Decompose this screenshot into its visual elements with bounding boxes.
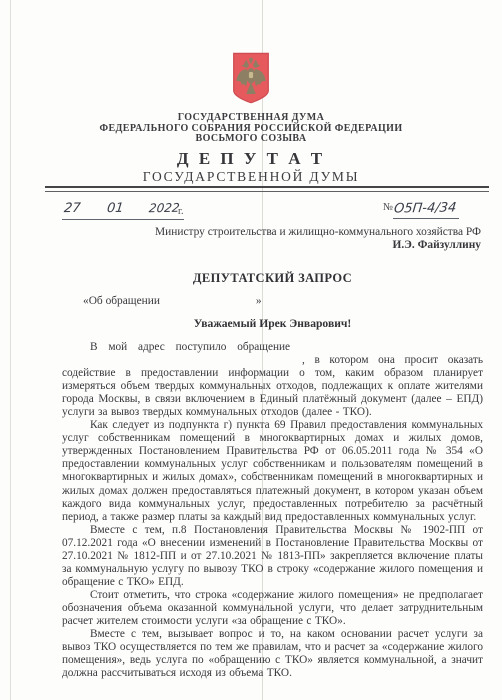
subject-close-quote: » bbox=[256, 295, 262, 307]
date-day-handwritten: 27 bbox=[63, 201, 81, 216]
salutation: Уважаемый Ирек Энварович! bbox=[62, 317, 483, 330]
paragraph-3: Вместе с тем, п.8 Постановления Правител… bbox=[62, 524, 483, 589]
paragraph-1-rest-text: , в котором она просит оказать содействи… bbox=[62, 354, 483, 418]
subject-open-quote-text: «Об обращении bbox=[83, 295, 160, 307]
paragraph-1-intro: В мой адрес поступило обращение bbox=[62, 341, 483, 354]
paragraph-2: Как следует из подпункта г) пункта 69 Пр… bbox=[62, 419, 483, 523]
letter-body: В мой адрес поступило обращение , в кото… bbox=[62, 341, 483, 680]
date-field: 27012022 bbox=[62, 199, 184, 220]
addressee-block: Министру строительства и жилищно-коммуна… bbox=[151, 226, 481, 252]
paragraph-1-continuation: , в котором она просит оказать содействи… bbox=[62, 354, 483, 419]
scanned-letter-page: ГОСУДАРСТВЕННАЯ ДУМА ФЕДЕРАЛЬНОГО СОБРАН… bbox=[0, 0, 502, 700]
header-double-rule bbox=[45, 186, 489, 192]
paragraph-1-intro-text: В мой адрес поступило обращение bbox=[90, 341, 290, 353]
date-year-label: г. bbox=[178, 206, 183, 217]
org-line-3: ВОСЬМОГО СОЗЫВА bbox=[0, 134, 502, 145]
document-title: ДЕПУТАТСКИЙ ЗАПРОС bbox=[62, 271, 483, 286]
date-month-handwritten: 01 bbox=[106, 201, 124, 216]
date-year-handwritten: 2022 bbox=[148, 201, 180, 216]
paragraph-5: Вместе с тем, вызывает вопрос и то, на к… bbox=[62, 628, 483, 680]
outgoing-number-field: №О5П-4/34 bbox=[383, 199, 459, 217]
role-subtitle: ГОСУДАРСТВЕННОЙ ДУМЫ bbox=[0, 169, 502, 185]
russian-coat-of-arms-icon bbox=[232, 52, 270, 105]
paragraph-4: Стоит отметить, что строка «содержание ж… bbox=[62, 589, 483, 628]
subject-line: «Об обращении» bbox=[83, 295, 262, 307]
role-title: Д Е П У Т А Т bbox=[0, 149, 502, 169]
scan-left-edge-line bbox=[10, 0, 11, 700]
org-line-1: ГОСУДАРСТВЕННАЯ ДУМА bbox=[0, 113, 502, 124]
number-value-handwritten: О5П-4/34 bbox=[393, 200, 457, 216]
number-sign: № bbox=[383, 202, 393, 213]
addressee-position: Министру строительства и жилищно-коммуна… bbox=[151, 226, 481, 239]
letterhead-org-block: ГОСУДАРСТВЕННАЯ ДУМА ФЕДЕРАЛЬНОГО СОБРАН… bbox=[0, 113, 502, 145]
addressee-name: И.Э. Файзуллину bbox=[151, 239, 481, 252]
